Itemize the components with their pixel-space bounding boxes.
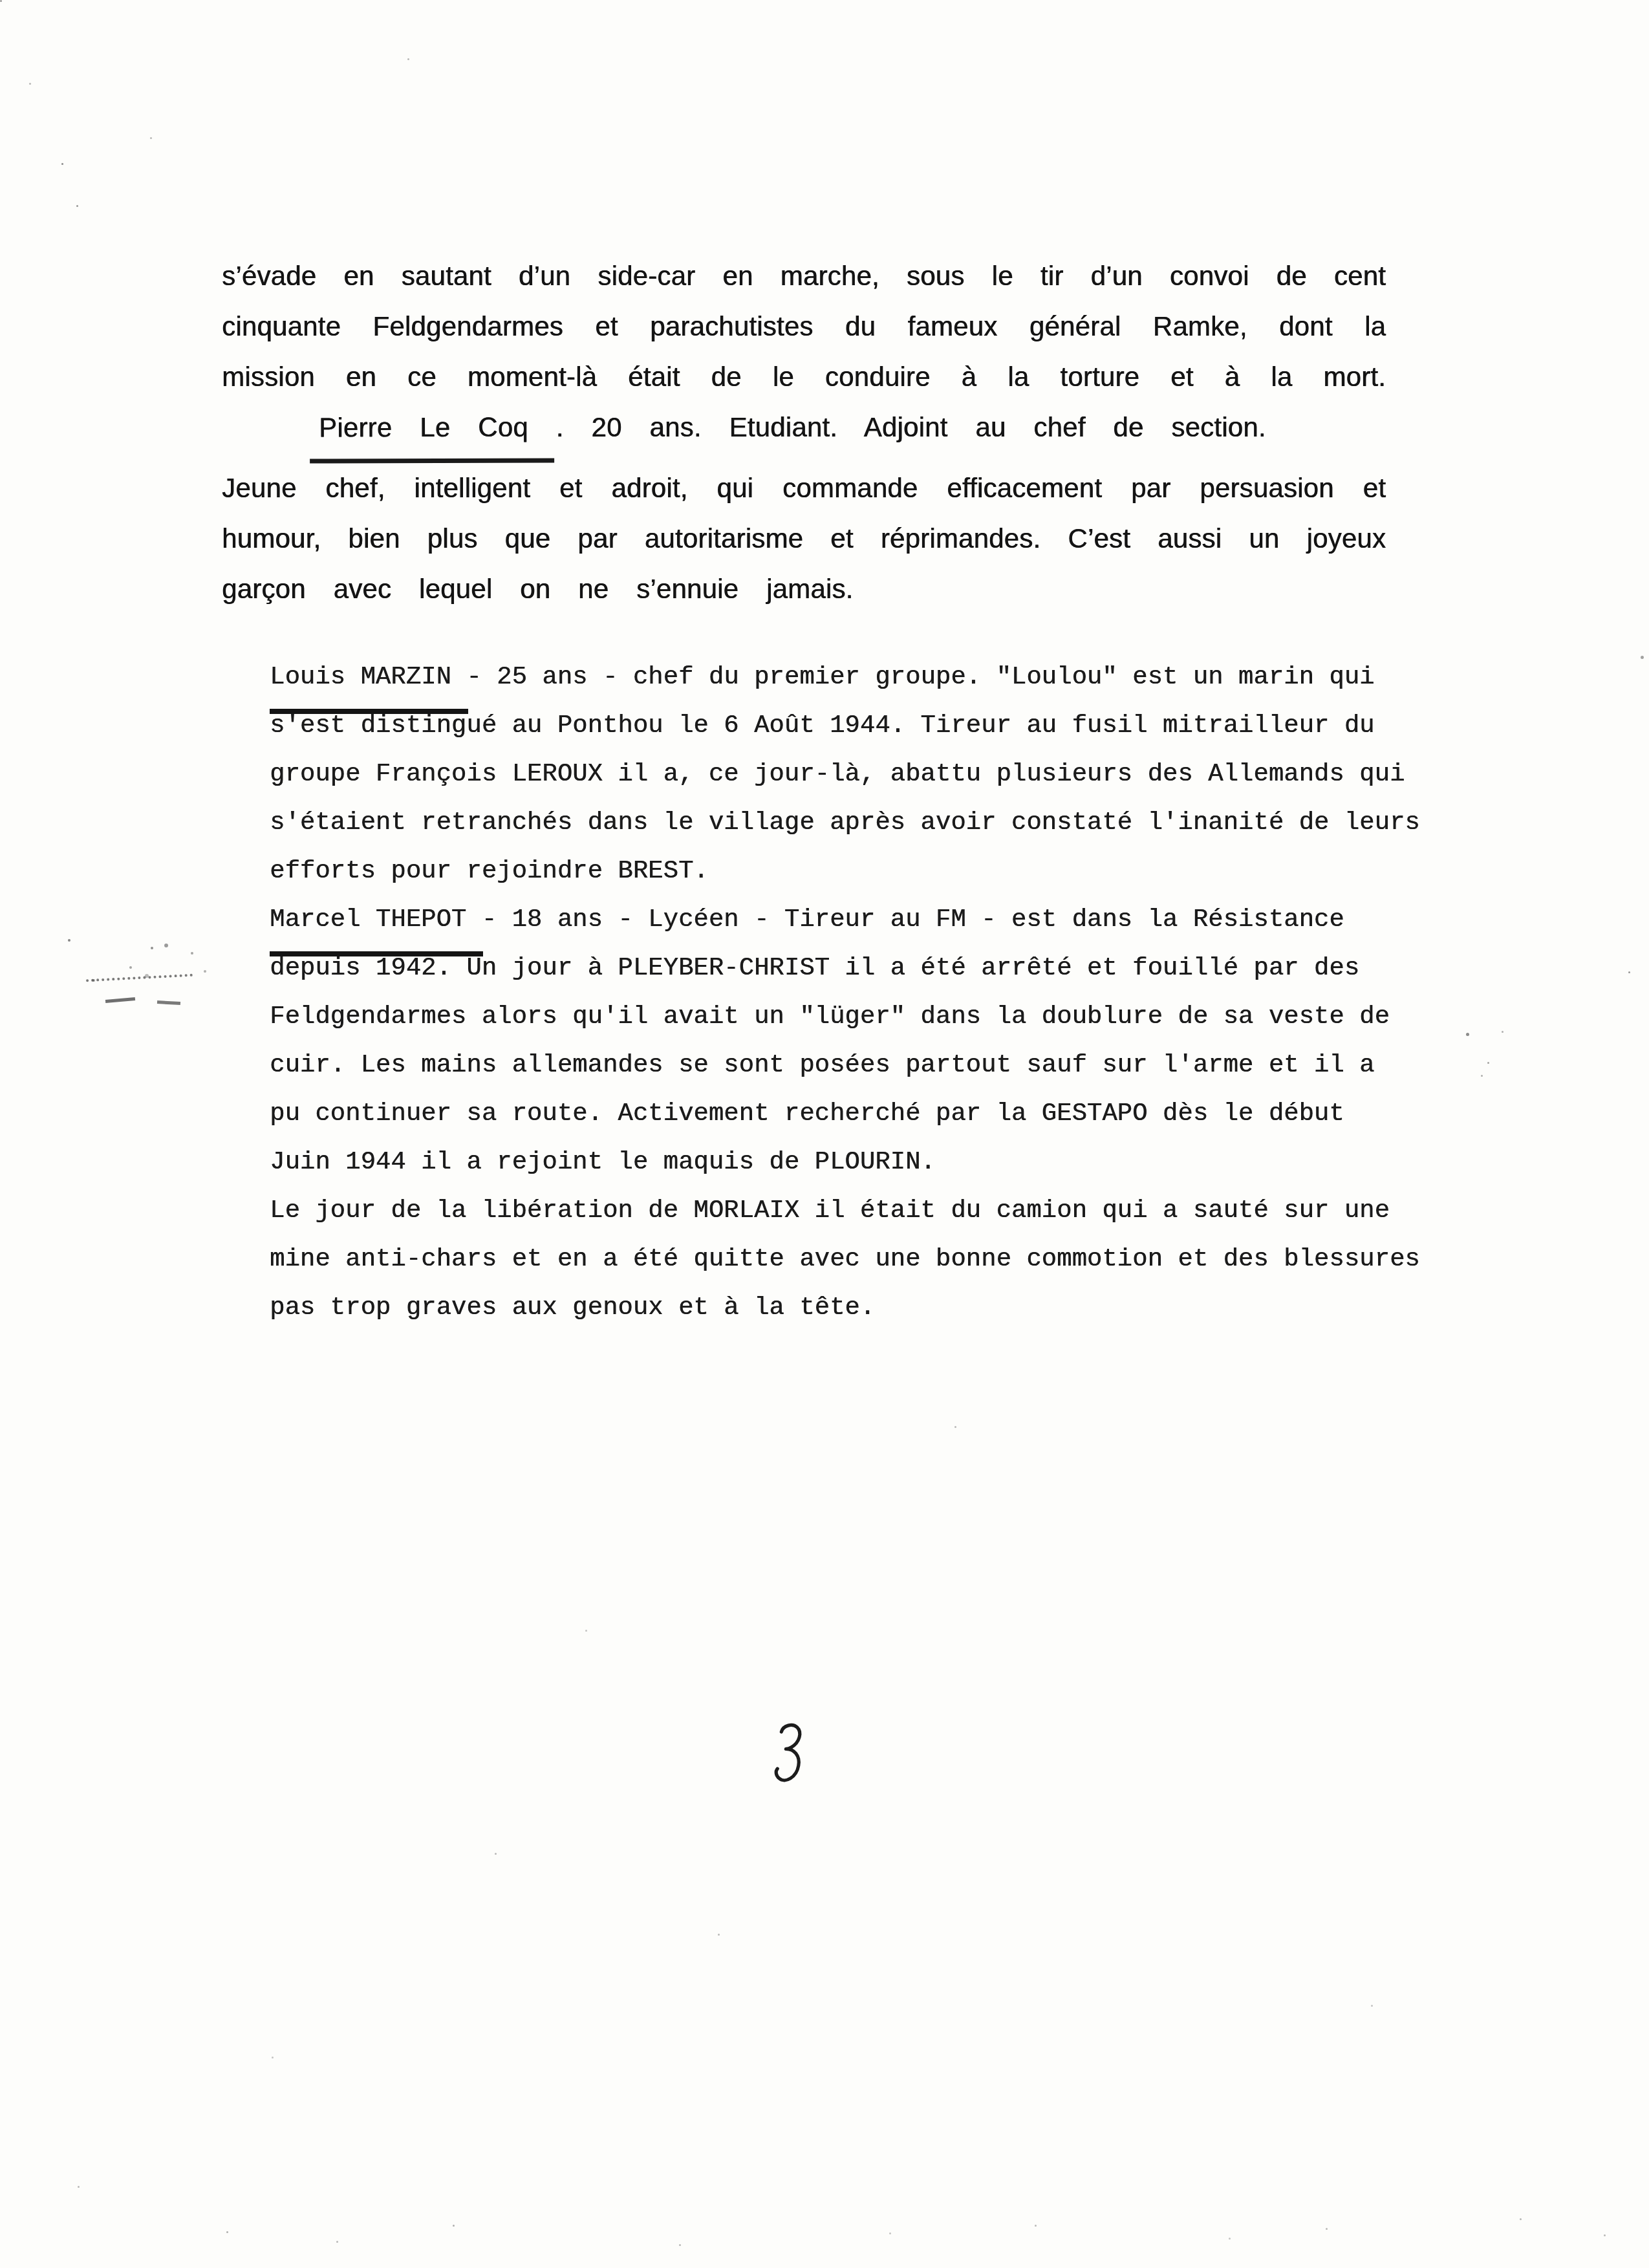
text-line: humour, bien plus que par autoritarisme … [222,513,1386,564]
text-line: efforts pour rejoindre BREST. [270,847,1453,896]
text-line: s'est distingué au Ponthou le 6 Août 194… [270,702,1453,750]
text-line: s'étaient retranchés dans le village apr… [270,799,1453,847]
text-line-marcel-thepot: Marcel THEPOT - 18 ans - Lycéen - Tireur… [270,896,1453,944]
text-line: cuir. Les mains allemandes se sont posée… [270,1041,1453,1090]
text-line-rest: . 20 ans. Etudiant. Adjoint au chef de s… [528,412,1266,442]
text-line: cinquante Feldgendarmes et parachutistes… [222,301,1386,352]
margin-pencil-scribble [68,939,210,1013]
text-line: pu continuer sa route. Activement recher… [270,1090,1453,1138]
text-line: garçon avec lequel on ne s’ennuie jamais… [222,564,1386,614]
text-line: Jeune chef, intelligent et adroit, qui c… [222,463,1386,513]
scribble-dash [105,997,135,1003]
scribble-dots [68,939,70,942]
underlined-name: Pierre Le Coq [310,402,554,464]
text-line-rest: - 25 ans - chef du premier groupe. "Loul… [451,663,1375,691]
handwritten-page-number [770,1721,807,1790]
text-line: mission en ce moment-là était de le cond… [222,352,1386,402]
scribble-dash [157,1000,180,1005]
text-line: depuis 1942. Un jour à PLEYBER-CHRIST il… [270,944,1453,993]
text-line: mine anti-chars et en a été quitte avec … [270,1235,1453,1284]
text-line: pas trop graves aux genoux et à la tête. [270,1284,1453,1332]
printed-paragraph-block: s’évade en sautant d’un side-car en marc… [222,251,1386,614]
text-line: Feldgendarmes alors qu'il avait un "lüge… [270,993,1453,1041]
text-line: Juin 1944 il a rejoint le maquis de PLOU… [270,1138,1453,1187]
typewritten-paragraph-block: Louis MARZIN - 25 ans - chef du premier … [270,653,1453,1332]
handwritten-3-glyph [770,1721,807,1790]
text-line: s’évade en sautant d’un side-car en marc… [222,251,1386,301]
text-line-rest: - 18 ans - Lycéen - Tireur au FM - est d… [466,905,1344,934]
scan-speckles [0,0,2,2]
text-line-pierre-le-coq: Pierre Le Coq . 20 ans. Etudiant. Adjoin… [222,402,1386,463]
scribble-dotted-line [86,974,193,982]
text-line-louis-marzin: Louis MARZIN - 25 ans - chef du premier … [270,653,1453,702]
text-line: Le jour de la libération de MORLAIX il é… [270,1187,1453,1235]
scanned-document-page: s’évade en sautant d’un side-car en marc… [0,0,1649,2268]
text-line: groupe François LEROUX il a, ce jour-là,… [270,750,1453,799]
